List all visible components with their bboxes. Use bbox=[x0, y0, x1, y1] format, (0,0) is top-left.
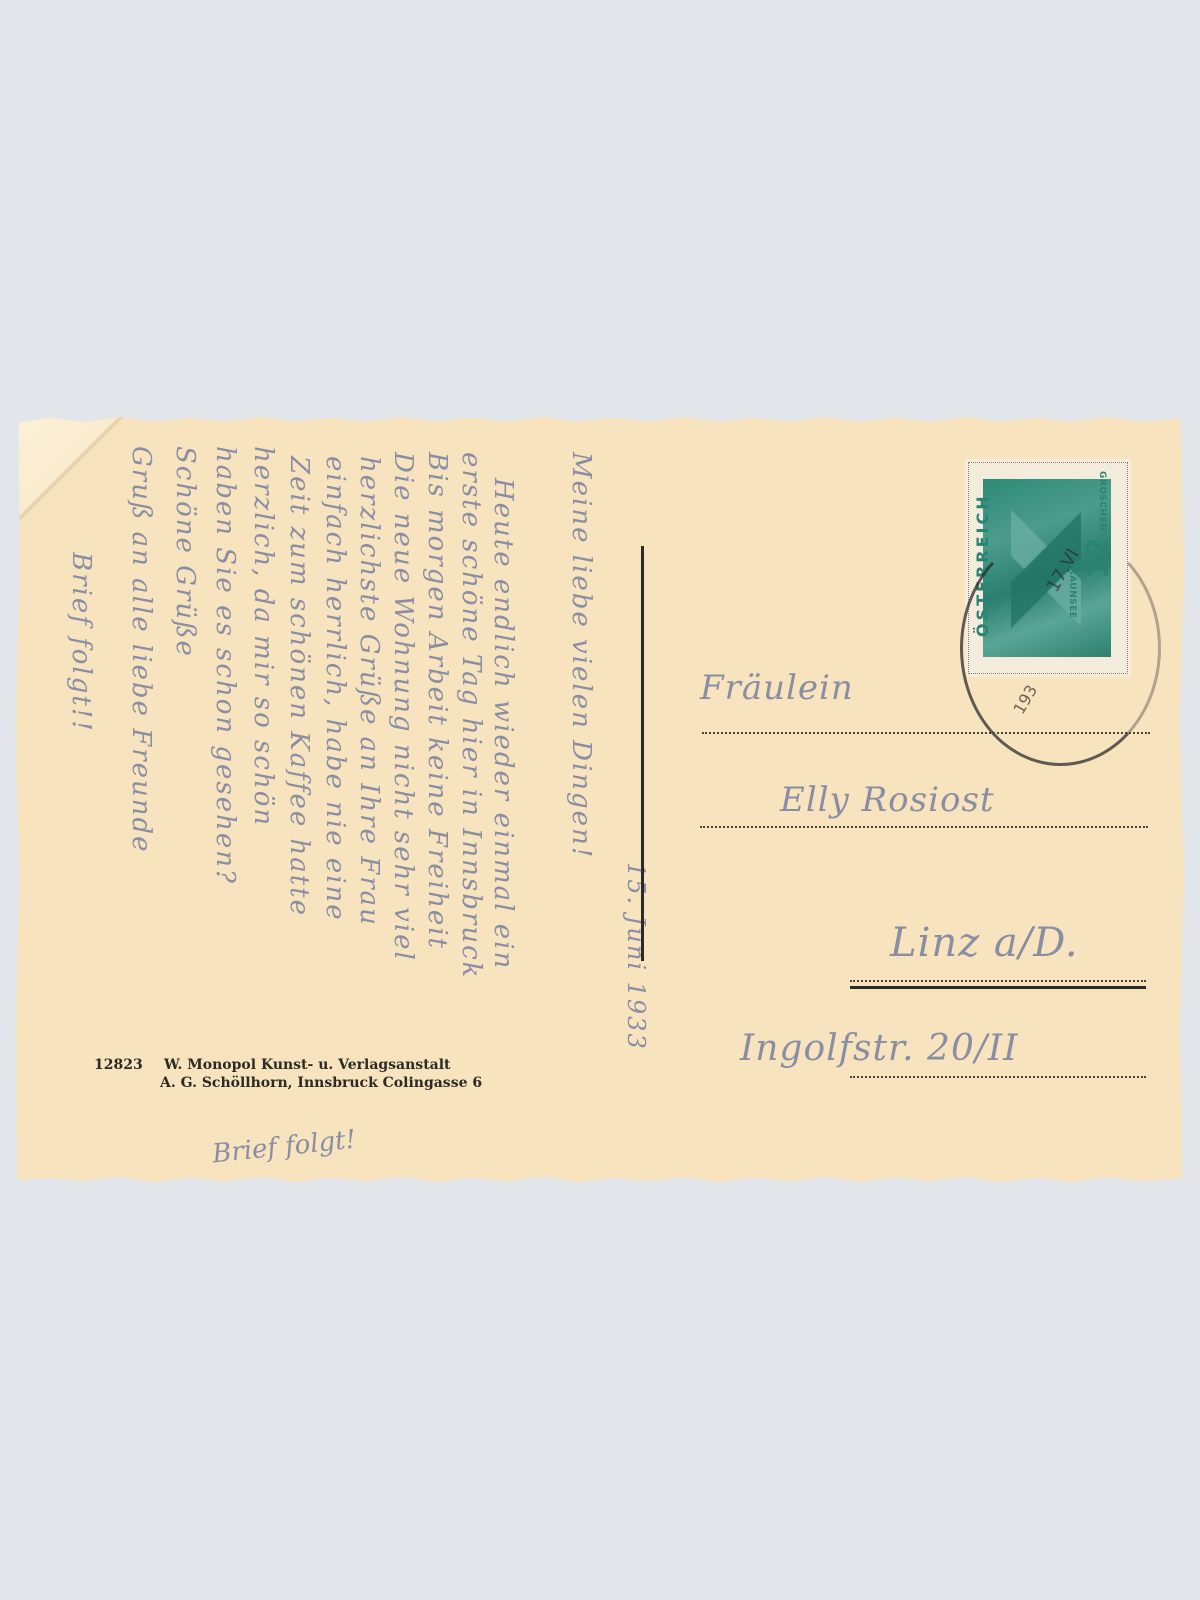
message-line: herzlich, da mir so schön bbox=[248, 446, 278, 827]
corner-crease bbox=[14, 414, 124, 524]
message-line: einfach herrlich, habe nie eine bbox=[320, 456, 350, 922]
publisher-line-2: A. G. Schöllhorn, Innsbruck Colingasse 6 bbox=[160, 1074, 482, 1092]
publisher-line-1: W. Monopol Kunst- u. Verlagsanstalt bbox=[164, 1056, 451, 1074]
address-line-1 bbox=[702, 732, 1150, 734]
message-line: Gruß an alle liebe Freunde bbox=[126, 446, 156, 854]
message-line: herzlichste Grüße an Ihre Frau bbox=[354, 456, 384, 927]
message-line: Die neue Wohnung nicht sehr viel bbox=[388, 452, 418, 962]
divider-line bbox=[641, 546, 644, 961]
catalog-number: 12823 bbox=[94, 1056, 143, 1074]
address-salutation: Fräulein bbox=[700, 668, 854, 708]
address-underline-thick bbox=[850, 986, 1146, 989]
address-name: Elly Rosiost bbox=[780, 780, 995, 820]
message-line: Brief folgt!! bbox=[66, 552, 96, 733]
message-line: Heute endlich wieder einmal ein bbox=[488, 478, 518, 970]
message-line: haben Sie es schon gesehen? bbox=[210, 446, 240, 885]
message-line: erste schöne Tag hier in Innsbruck bbox=[456, 452, 486, 979]
message-date: 15. Juni 1933 bbox=[622, 862, 650, 1051]
address-line-4 bbox=[850, 1076, 1146, 1078]
stamp-currency: GROSCHEN bbox=[1097, 471, 1107, 531]
message-line: Meine liebe vielen Dingen! bbox=[566, 452, 596, 859]
message-line: Bis morgen Arbeit keine Freiheit bbox=[422, 452, 452, 950]
address-line-3 bbox=[850, 980, 1146, 982]
message-line: Schöne Grüße bbox=[170, 446, 200, 658]
address-line-2 bbox=[700, 826, 1148, 828]
publisher-imprint: 12823 W. Monopol Kunst- u. Verlagsanstal… bbox=[94, 1056, 104, 1128]
message-line: Zeit zum schönen Kaffee hatte bbox=[284, 456, 314, 917]
address-city: Linz a/D. bbox=[890, 920, 1079, 966]
address-street: Ingolfstr. 20/II bbox=[740, 1028, 1018, 1069]
